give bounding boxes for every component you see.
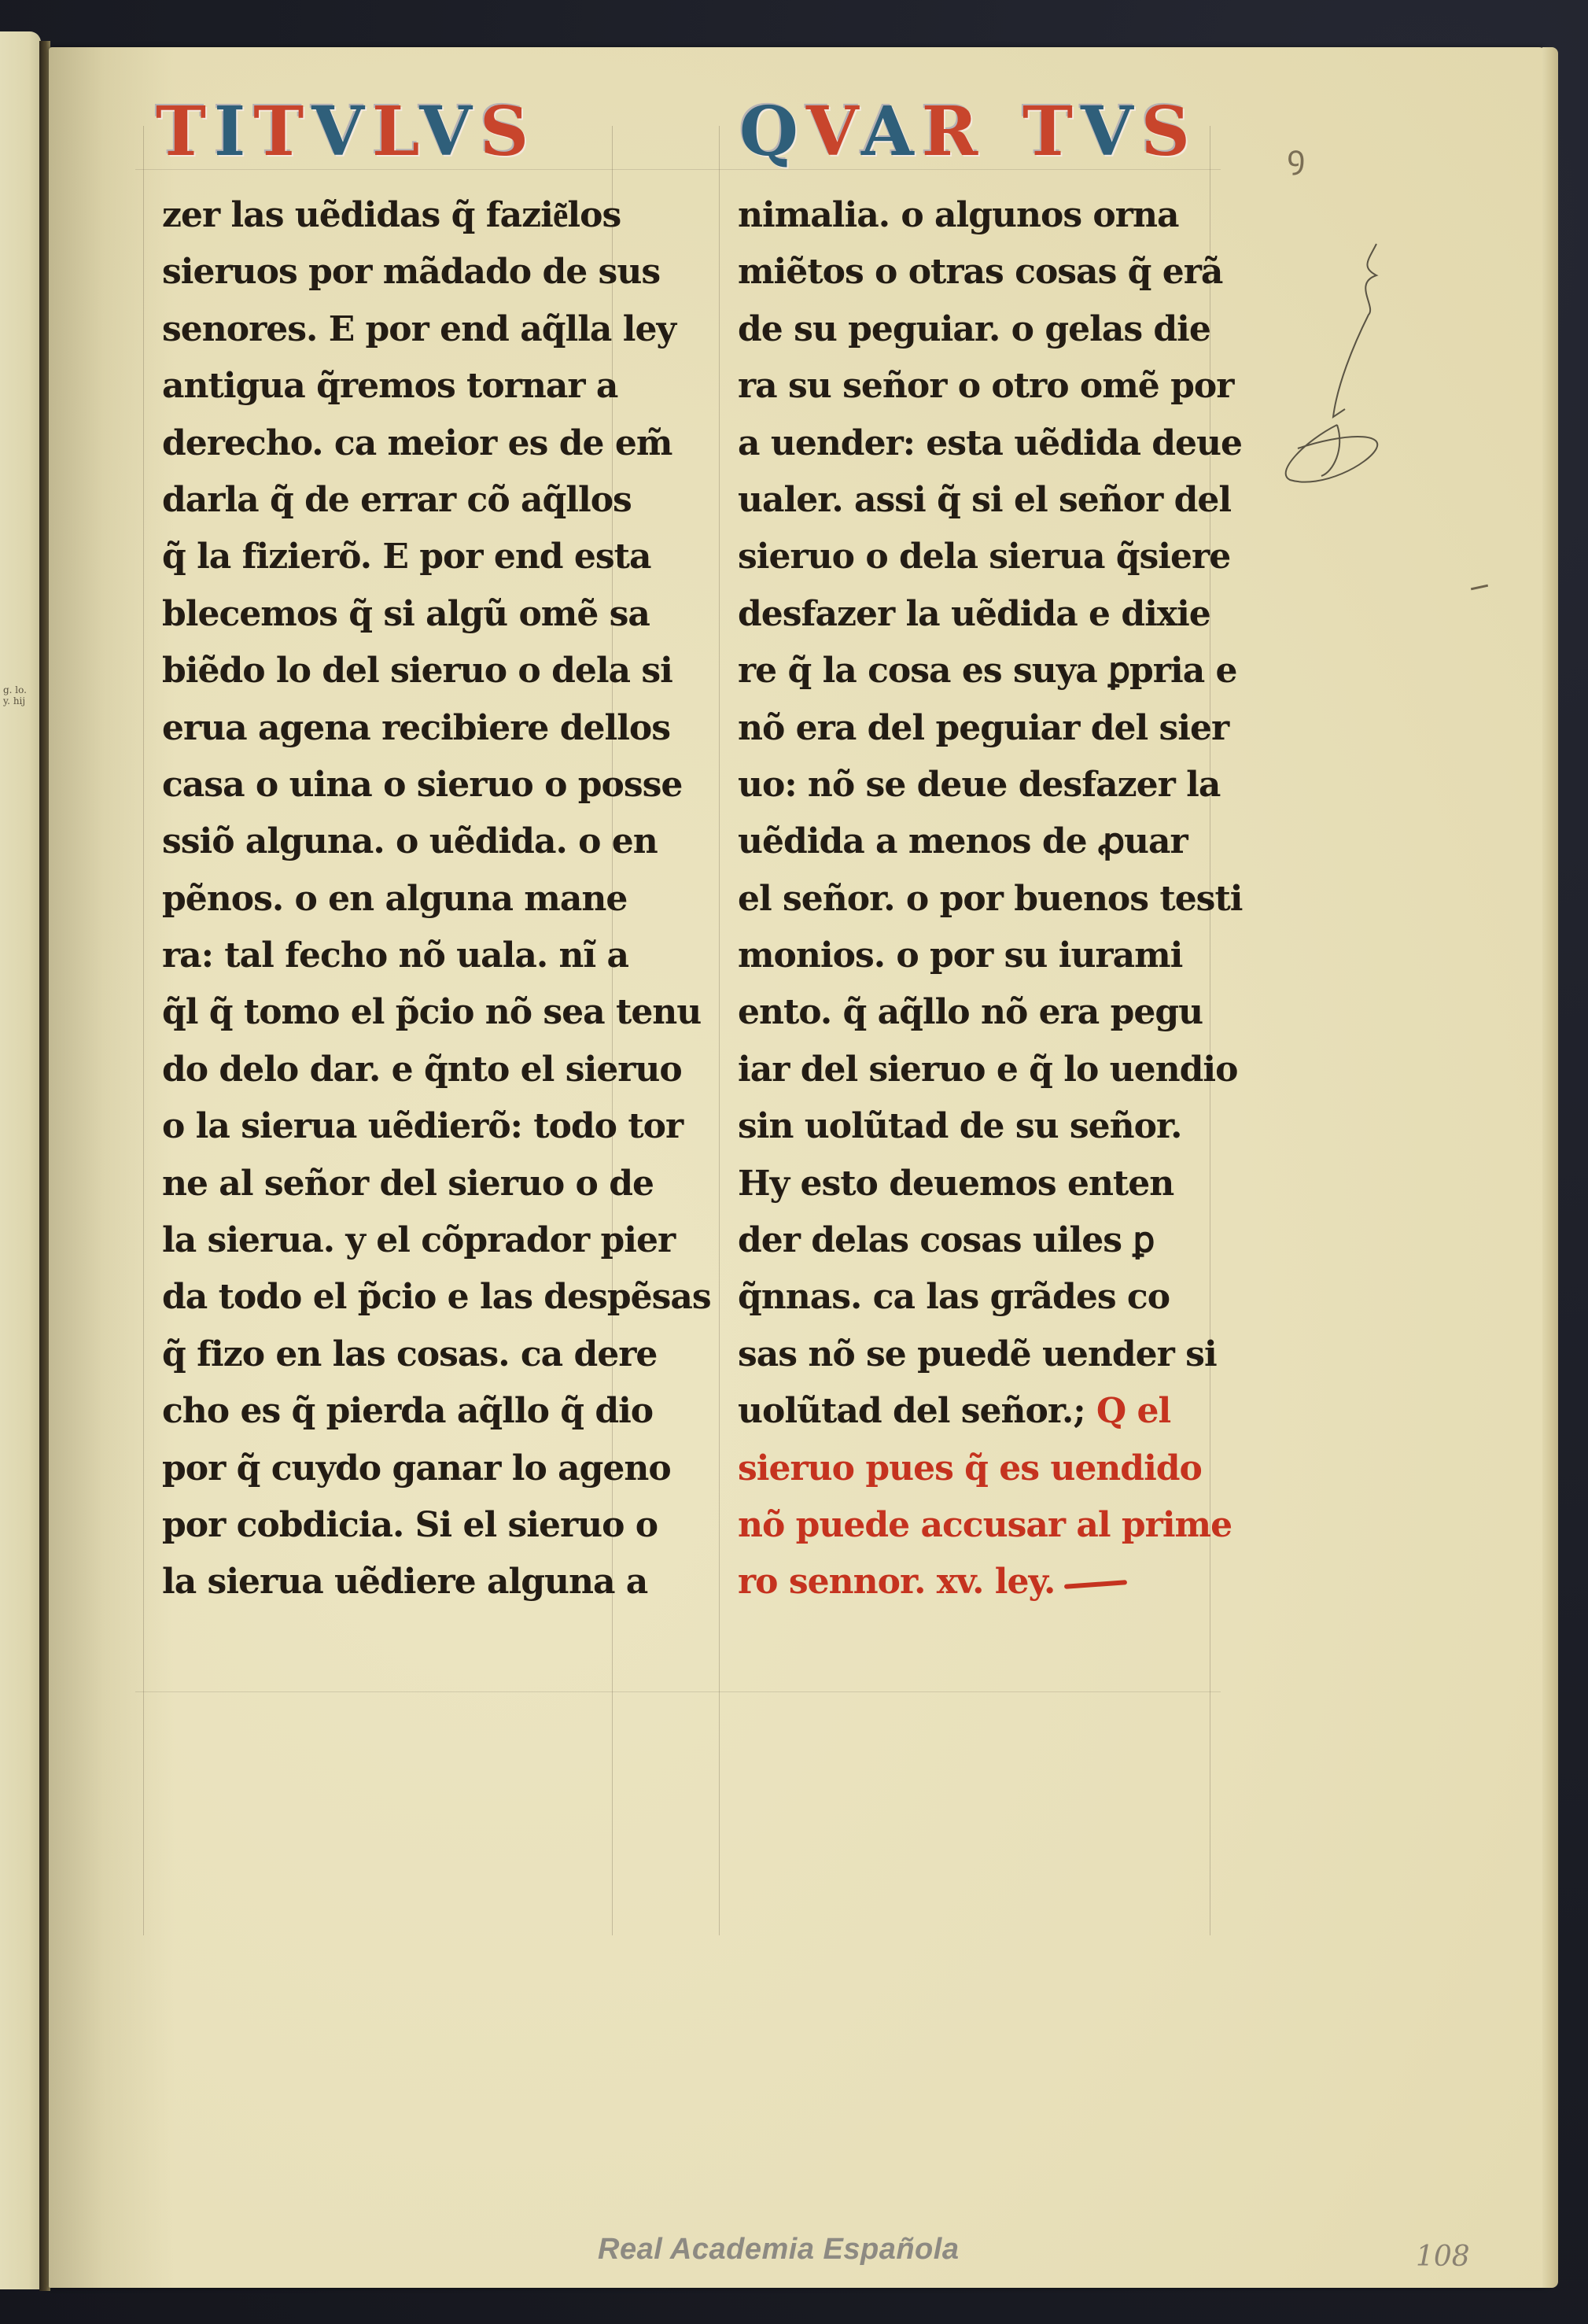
text-line: darla q̃ de errar cõ aq̃llos bbox=[162, 472, 642, 529]
text-line: la sierua uẽdiere alguna a bbox=[162, 1554, 642, 1610]
text-line: ualer. assi q̃ si el señor del bbox=[738, 472, 1225, 529]
text-line: desfazer la uẽdida e dixie bbox=[738, 586, 1225, 643]
title-heading-part3: TVS bbox=[1022, 93, 1198, 172]
text-line: q̃ fizo en las cosas. ca dere bbox=[162, 1326, 642, 1383]
heading-initial-letter: Q bbox=[739, 92, 806, 172]
text-line: pẽnos. o en alguna mane bbox=[162, 871, 642, 928]
text-line: senores. E por end aq̃lla ley bbox=[162, 301, 642, 358]
margin-note-top-right: ꝯ bbox=[1287, 134, 1305, 177]
heading-initial-letter: S bbox=[480, 92, 536, 172]
text-line: q̃ la fizierõ. E por end esta bbox=[162, 529, 642, 585]
margin-signature-flourish bbox=[1258, 197, 1392, 488]
text-line: de su peguiar. o gelas die bbox=[738, 301, 1225, 358]
heading-initial-letter: V bbox=[806, 92, 861, 172]
text-line: a uender: esta uẽdida deue bbox=[738, 415, 1225, 472]
text-line: cho es q̃ pierda aq̃llo q̃ dio bbox=[162, 1383, 642, 1440]
text-line: ento. q̃ aq̃llo nõ era pegu bbox=[738, 984, 1225, 1041]
heading-initial-letter: I bbox=[214, 92, 253, 172]
text-line: Hy esto deuemos enten bbox=[738, 1156, 1225, 1212]
heading-initial-letter: S bbox=[1141, 92, 1198, 172]
text-line: el señor. o por buenos testi bbox=[738, 871, 1225, 928]
text-column-right: nimalia. o algunos ornamiẽtos o otras co… bbox=[738, 187, 1225, 1611]
text-line: blecemos q̃ si algũ omẽ sa bbox=[162, 586, 642, 643]
text-line: casa o uina o sieruo o posse bbox=[162, 757, 642, 813]
text-line: sin uolũtad de su señor. bbox=[738, 1098, 1225, 1155]
text-line: por cobdicia. Si el sieruo o bbox=[162, 1497, 642, 1554]
text-line: la sierua. y el cõprador pier bbox=[162, 1212, 642, 1269]
ruling-line bbox=[135, 1691, 1221, 1692]
library-watermark: Real Academia Española bbox=[598, 2233, 959, 2267]
text-line: uo: nõ se deue desfazer la bbox=[738, 757, 1225, 813]
text-line: q̃nnas. ca las grãdes co bbox=[738, 1269, 1225, 1326]
text-line: antigua q̃remos tornar a bbox=[162, 358, 642, 415]
text-line: miẽtos o otras cosas q̃ erã bbox=[738, 244, 1225, 301]
text-line: erua agena recibiere dellos bbox=[162, 700, 642, 757]
title-heading: TITVLVS bbox=[156, 93, 536, 172]
heading-initial-letter: T bbox=[1022, 92, 1081, 172]
folio-page-edges bbox=[1542, 47, 1558, 2288]
text-line: ra: tal fecho nõ uala. nĩ a bbox=[162, 928, 642, 984]
facing-page-margin-note: g. lo. y. hij bbox=[3, 684, 31, 706]
folio-number: 108 bbox=[1416, 2241, 1470, 2273]
ruling-line bbox=[143, 126, 144, 1935]
rubric-line: ro sennor. xv. ley. bbox=[738, 1554, 1225, 1610]
rubric-line: sieruo pues q̃ es uendido bbox=[738, 1441, 1225, 1497]
rubric-text: Q el bbox=[1085, 1391, 1171, 1431]
text-line: q̃l q̃ tomo el p̃cio nõ sea tenu bbox=[162, 984, 642, 1041]
text-line: nõ era del peguiar del sier bbox=[738, 700, 1225, 757]
text-line: der delas cosas uiles ꝑ bbox=[738, 1212, 1225, 1269]
rubric-flourish-stroke bbox=[1064, 1580, 1127, 1589]
text-line: re q̃ la cosa es suya ꝑpria e bbox=[738, 643, 1225, 699]
text-line: nimalia. o algunos orna bbox=[738, 187, 1225, 244]
ruling-line bbox=[719, 126, 720, 1935]
heading-initial-letter: V bbox=[1081, 92, 1141, 172]
text-line: derecho. ca meior es de em̃ bbox=[162, 415, 642, 472]
text-line: biẽdo lo del sieruo o dela si bbox=[162, 643, 642, 699]
heading-initial-letter: V bbox=[419, 92, 480, 172]
text-line: uẽdida a menos de ꝓuar bbox=[738, 813, 1225, 870]
text-line: da todo el p̃cio e las despẽsas bbox=[162, 1269, 642, 1326]
heading-initial-letter: T bbox=[253, 92, 311, 172]
heading-initial-letter: V bbox=[311, 92, 372, 172]
text-line: iar del sieruo e q̃ lo uendio bbox=[738, 1042, 1225, 1098]
heading-initial-letter: A bbox=[861, 92, 922, 172]
text-line: ne al señor del sieruo o de bbox=[162, 1156, 642, 1212]
text-line: o la sierua uẽdierõ: todo tor bbox=[162, 1098, 642, 1155]
text-line: monios. o por su iurami bbox=[738, 928, 1225, 984]
text-line: ssiõ alguna. o uẽdida. o en bbox=[162, 813, 642, 870]
title-heading-part2: QVAR bbox=[739, 93, 986, 172]
text-line: uolũtad del señor.; Q el bbox=[738, 1383, 1225, 1440]
rubric-line: nõ puede accusar al prime bbox=[738, 1497, 1225, 1554]
text-line: sieruos por mãdado de sus bbox=[162, 244, 642, 301]
text-line: do delo dar. e q̃nto el sieruo bbox=[162, 1042, 642, 1098]
heading-initial-letter: R bbox=[922, 92, 986, 172]
heading-initial-letter: L bbox=[372, 92, 419, 172]
text-line: sieruo o dela sierua q̃siere bbox=[738, 529, 1225, 585]
text-line: ra su señor o otro omẽ por bbox=[738, 358, 1225, 415]
text-line: zer las uẽdidas q̃ fazie͂los bbox=[162, 187, 642, 244]
heading-initial-letter: T bbox=[156, 92, 214, 172]
text-line: sas nõ se puedẽ uender si bbox=[738, 1326, 1225, 1383]
text-line: por q̃ cuydo ganar lo ageno bbox=[162, 1441, 642, 1497]
text-column-left: zer las uẽdidas q̃ fazie͂lossieruos por … bbox=[162, 187, 642, 1611]
facing-page-edge: g. lo. y. hij bbox=[0, 31, 41, 2289]
